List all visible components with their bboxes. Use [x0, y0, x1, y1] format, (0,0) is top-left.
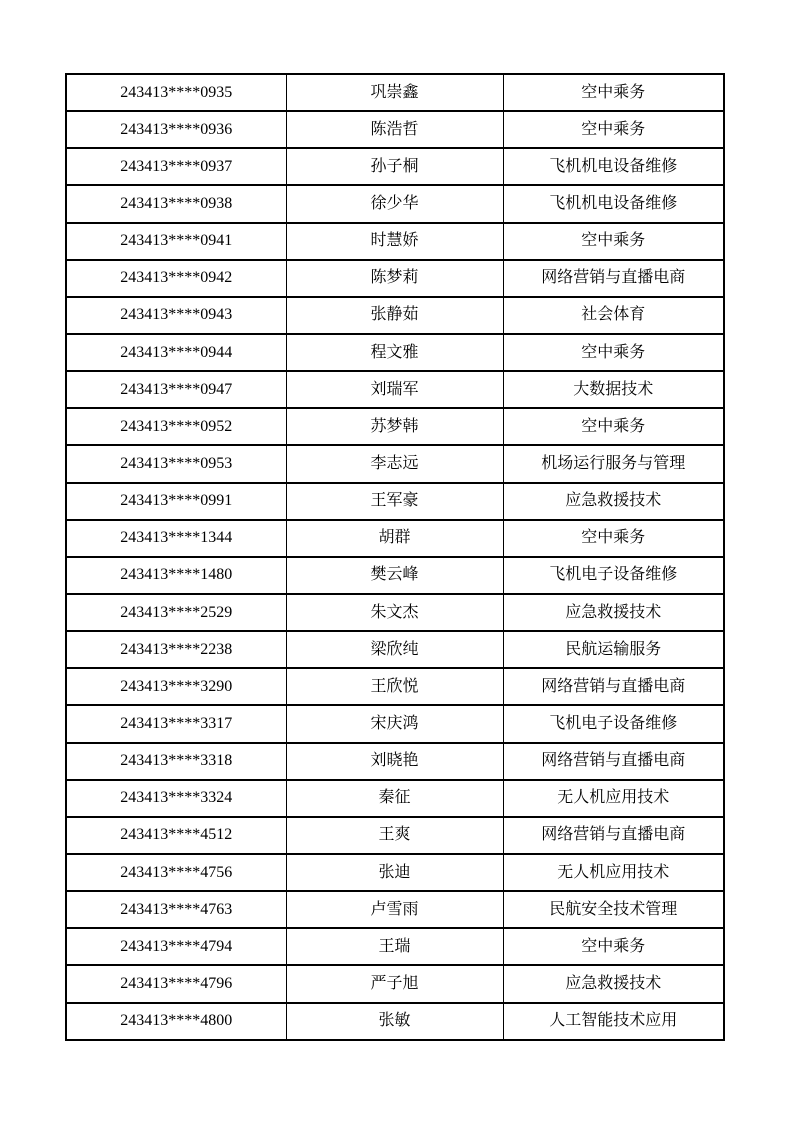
exam-id-cell: 243413****4800 [66, 1003, 286, 1040]
student-name-cell: 王瑞 [286, 928, 503, 965]
table-row: 243413****0941 时慧娇 空中乘务 [66, 223, 724, 260]
exam-id-cell: 243413****0944 [66, 334, 286, 371]
student-name-cell: 梁欣纯 [286, 631, 503, 668]
table-row: 243413****0944 程文雅 空中乘务 [66, 334, 724, 371]
exam-id-cell: 243413****0942 [66, 260, 286, 297]
student-name-cell: 樊云峰 [286, 557, 503, 594]
major-cell: 网络营销与直播电商 [503, 260, 724, 297]
table-body: 243413****0935 巩崇鑫 空中乘务 243413****0936 陈… [66, 74, 724, 1040]
student-name-cell: 王军豪 [286, 483, 503, 520]
student-name-cell: 时慧娇 [286, 223, 503, 260]
document-page: 243413****0935 巩崇鑫 空中乘务 243413****0936 陈… [0, 0, 793, 1122]
major-cell: 社会体育 [503, 297, 724, 334]
major-cell: 空中乘务 [503, 111, 724, 148]
table-row: 243413****0947 刘瑞军 大数据技术 [66, 371, 724, 408]
table-row: 243413****3324 秦征 无人机应用技术 [66, 780, 724, 817]
exam-id-cell: 243413****0947 [66, 371, 286, 408]
exam-id-cell: 243413****0936 [66, 111, 286, 148]
table-row: 243413****0937 孙子桐 飞机机电设备维修 [66, 148, 724, 185]
major-cell: 飞机电子设备维修 [503, 705, 724, 742]
student-name-cell: 陈梦莉 [286, 260, 503, 297]
exam-id-cell: 243413****0937 [66, 148, 286, 185]
major-cell: 空中乘务 [503, 408, 724, 445]
table-row: 243413****0943 张静茹 社会体育 [66, 297, 724, 334]
student-name-cell: 张迪 [286, 854, 503, 891]
student-name-cell: 张敏 [286, 1003, 503, 1040]
exam-id-cell: 243413****3324 [66, 780, 286, 817]
major-cell: 网络营销与直播电商 [503, 668, 724, 705]
major-cell: 大数据技术 [503, 371, 724, 408]
major-cell: 网络营销与直播电商 [503, 817, 724, 854]
table-row: 243413****0953 李志远 机场运行服务与管理 [66, 445, 724, 482]
exam-id-cell: 243413****4796 [66, 965, 286, 1002]
major-cell: 空中乘务 [503, 223, 724, 260]
exam-id-cell: 243413****3290 [66, 668, 286, 705]
table-row: 243413****0991 王军豪 应急救援技术 [66, 483, 724, 520]
major-cell: 民航安全技术管理 [503, 891, 724, 928]
major-cell: 空中乘务 [503, 928, 724, 965]
student-name-cell: 张静茹 [286, 297, 503, 334]
major-cell: 空中乘务 [503, 74, 724, 111]
major-cell: 应急救援技术 [503, 483, 724, 520]
table-row: 243413****3318 刘晓艳 网络营销与直播电商 [66, 743, 724, 780]
major-cell: 无人机应用技术 [503, 780, 724, 817]
table-row: 243413****2238 梁欣纯 民航运输服务 [66, 631, 724, 668]
student-name-cell: 严子旭 [286, 965, 503, 1002]
major-cell: 飞机机电设备维修 [503, 185, 724, 222]
student-name-cell: 徐少华 [286, 185, 503, 222]
student-name-cell: 刘瑞军 [286, 371, 503, 408]
exam-id-cell: 243413****0941 [66, 223, 286, 260]
major-cell: 人工智能技术应用 [503, 1003, 724, 1040]
table-row: 243413****4800 张敏 人工智能技术应用 [66, 1003, 724, 1040]
exam-id-cell: 243413****4512 [66, 817, 286, 854]
table-row: 243413****4794 王瑞 空中乘务 [66, 928, 724, 965]
student-roster-table: 243413****0935 巩崇鑫 空中乘务 243413****0936 陈… [65, 73, 725, 1041]
student-name-cell: 刘晓艳 [286, 743, 503, 780]
student-name-cell: 苏梦韩 [286, 408, 503, 445]
exam-id-cell: 243413****0991 [66, 483, 286, 520]
exam-id-cell: 243413****4794 [66, 928, 286, 965]
exam-id-cell: 243413****1480 [66, 557, 286, 594]
exam-id-cell: 243413****0935 [66, 74, 286, 111]
student-name-cell: 李志远 [286, 445, 503, 482]
exam-id-cell: 243413****4763 [66, 891, 286, 928]
student-name-cell: 陈浩哲 [286, 111, 503, 148]
exam-id-cell: 243413****0943 [66, 297, 286, 334]
major-cell: 应急救援技术 [503, 965, 724, 1002]
table-row: 243413****1480 樊云峰 飞机电子设备维修 [66, 557, 724, 594]
exam-id-cell: 243413****3318 [66, 743, 286, 780]
major-cell: 民航运输服务 [503, 631, 724, 668]
exam-id-cell: 243413****1344 [66, 520, 286, 557]
student-name-cell: 朱文杰 [286, 594, 503, 631]
table-row: 243413****0942 陈梦莉 网络营销与直播电商 [66, 260, 724, 297]
exam-id-cell: 243413****2238 [66, 631, 286, 668]
major-cell: 空中乘务 [503, 334, 724, 371]
major-cell: 无人机应用技术 [503, 854, 724, 891]
table-row: 243413****3317 宋庆鸿 飞机电子设备维修 [66, 705, 724, 742]
major-cell: 飞机电子设备维修 [503, 557, 724, 594]
student-name-cell: 卢雪雨 [286, 891, 503, 928]
table-row: 243413****4796 严子旭 应急救援技术 [66, 965, 724, 1002]
table-row: 243413****3290 王欣悦 网络营销与直播电商 [66, 668, 724, 705]
exam-id-cell: 243413****3317 [66, 705, 286, 742]
table-row: 243413****0936 陈浩哲 空中乘务 [66, 111, 724, 148]
student-name-cell: 孙子桐 [286, 148, 503, 185]
student-name-cell: 程文雅 [286, 334, 503, 371]
exam-id-cell: 243413****4756 [66, 854, 286, 891]
table-row: 243413****1344 胡群 空中乘务 [66, 520, 724, 557]
table-row: 243413****0935 巩崇鑫 空中乘务 [66, 74, 724, 111]
exam-id-cell: 243413****2529 [66, 594, 286, 631]
table-row: 243413****4756 张迪 无人机应用技术 [66, 854, 724, 891]
student-name-cell: 宋庆鸿 [286, 705, 503, 742]
student-name-cell: 胡群 [286, 520, 503, 557]
major-cell: 网络营销与直播电商 [503, 743, 724, 780]
table-row: 243413****4763 卢雪雨 民航安全技术管理 [66, 891, 724, 928]
table-row: 243413****4512 王爽 网络营销与直播电商 [66, 817, 724, 854]
student-name-cell: 王爽 [286, 817, 503, 854]
student-name-cell: 王欣悦 [286, 668, 503, 705]
major-cell: 空中乘务 [503, 520, 724, 557]
table-row: 243413****0952 苏梦韩 空中乘务 [66, 408, 724, 445]
exam-id-cell: 243413****0952 [66, 408, 286, 445]
major-cell: 应急救援技术 [503, 594, 724, 631]
exam-id-cell: 243413****0953 [66, 445, 286, 482]
student-name-cell: 秦征 [286, 780, 503, 817]
major-cell: 飞机机电设备维修 [503, 148, 724, 185]
student-name-cell: 巩崇鑫 [286, 74, 503, 111]
major-cell: 机场运行服务与管理 [503, 445, 724, 482]
table-row: 243413****2529 朱文杰 应急救援技术 [66, 594, 724, 631]
exam-id-cell: 243413****0938 [66, 185, 286, 222]
table-row: 243413****0938 徐少华 飞机机电设备维修 [66, 185, 724, 222]
